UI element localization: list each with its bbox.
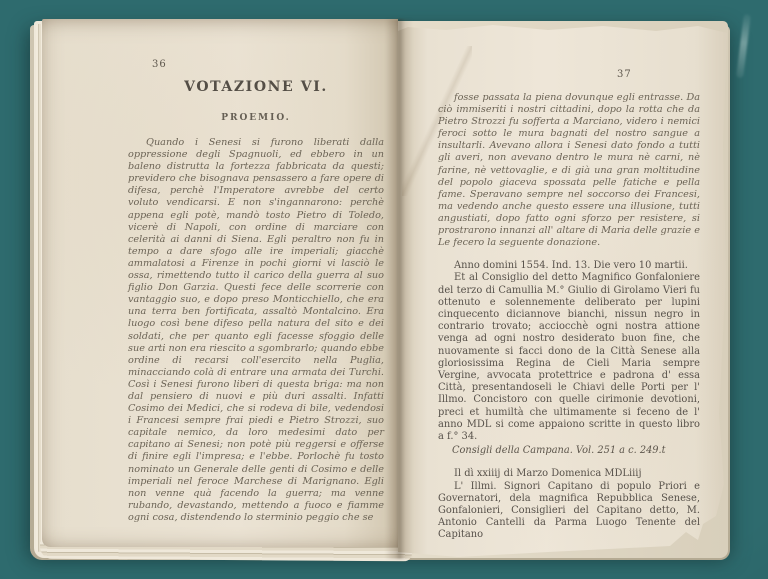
paragraph-signori: L' Illmi. Signori Capitano di populo Pri… [438,481,700,542]
section-title: PROEMIO. [128,113,384,123]
citation-line: Consigli della Campana. Vol. 251 a c. 24… [438,445,700,457]
left-page-body: Quando i Senesi si furono liberati dalla… [128,137,384,524]
right-page-body: fosse passata la piena dovunque egli ent… [438,92,700,542]
left-page-number: 36 [152,59,167,70]
paragraph-consiglio: Et al Consiglio del detto Magnifico Gonf… [438,272,700,443]
paragraph-continuation: fosse passata la piena dovunque egli ent… [438,92,700,249]
photo-background: 36 VOTAZIONE VI. PROEMIO. Quando i Senes… [0,0,768,579]
paragraph-date-marzo: Il dì xxiiij di Marzo Domenica MDLiiij [438,468,700,480]
paragraph-anno-domini: Anno domini 1554. Ind. 13. Die vero 10 m… [438,260,700,272]
right-page-number: 37 [617,69,632,80]
chapter-title: VOTAZIONE VI. [128,79,384,95]
scratch-mark [736,14,751,78]
